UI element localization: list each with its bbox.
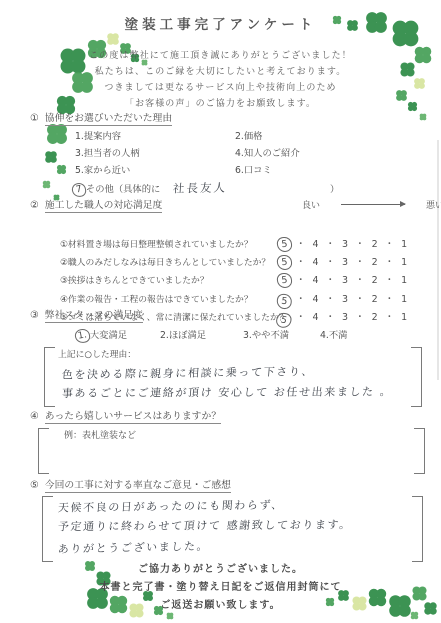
section-staff-satisfaction: ③弊社スタッフの満足度 1.大変満足 2.ほぼ満足 3.やや不満 4.不満 上記… [30,307,433,407]
section-number: ② [30,200,39,211]
section-number: ⑤ [30,480,39,491]
footer-line: 本書と完了書・塗り替え日記をご返信用封筒にて [0,579,441,597]
section-heading: ⑤今回の工事に対する率直なご意見・ご感想 [30,477,433,491]
comments-answer-box: 天候不良の日があったのにも関わらず、 予定通りに終わらせて頂けて 感謝致しており… [42,496,423,562]
intro-line: この度は弊社にて施工頂き誠にありがとうございました！ [0,48,441,64]
section-number: ③ [30,310,39,321]
question-label: ①材料置き場は毎日整理整頓されていましたか？ [60,237,304,250]
clover-icon [106,32,120,46]
rating-scale-legend: 良い 悪い [302,198,441,211]
section-heading: ③弊社スタッフの満足度 [30,307,433,321]
question-label: ④作業の報告・工程の報告はできていましたか？ [60,292,304,305]
section-heading-text: 協伸をお選びいただいた理由 [45,113,172,126]
rating-row: ④作業の報告・工程の報告はできていましたか？ 5・4・3・2・1 [60,287,433,305]
rating-row: ①材料置き場は毎日整理整頓されていましたか？ 5・4・3・2・1 [60,232,433,250]
page-title: 塗装工事完了アンケート [0,13,441,33]
option-number: 4. [320,330,329,341]
footer-note: ご協力ありがとうございました。 本書と完了書・塗り替え日記をご返信用封筒にて ご… [0,561,441,615]
section-worker-satisfaction: ②施工した職人の対応満足度 良い 悪い ①材料置き場は毎日整理整頓されていました… [30,197,433,323]
rating-scale-values: ・4・3・2・1 [296,294,414,305]
section-overall-comments: ⑤今回の工事に対する率直なご意見・ご感想 天候不良の日があったのにも関わらず、 … [30,477,433,562]
section-number: ④ [30,411,39,422]
option-number: 2. [160,330,169,341]
section-heading-text: 施工した職人の対応満足度 [45,200,163,213]
reason-option: 6.口コミ [235,164,433,177]
satisfaction-option-selected: 1.大変満足 [75,327,127,343]
section-heading: ①協伸をお選びいただいた理由 [30,110,433,124]
rating-scale: 5・4・3・2・1 [277,232,414,252]
reason-answer-box: 上記に○した理由： 色を決める際に親身に相談に乗って下さり、 事あるごとにご連絡… [44,347,422,407]
rating-scale: 5・4・3・2・1 [277,268,414,288]
other-option-label: その他（具体的に [86,184,160,195]
satisfaction-options: 1.大変満足 2.ほぼ満足 3.やや不満 4.不満 [30,327,433,343]
option-text: 不満 [329,330,348,341]
option-text: ほぼ満足 [169,330,206,341]
question-label: ③挨拶はきちんとできていましたか？ [60,273,304,286]
satisfaction-option: 4.不満 [320,327,347,341]
handwritten-comment: 天候不良の日があったのにも関わらず、 予定通りに終わらせて頂けて 感謝致しており… [58,496,423,556]
scale-bad-label: 悪い [426,198,441,211]
footer-line: ご協力ありがとうございました。 [0,561,441,579]
reason-options: 1.提案内容 2.価格 3.担当者の人柄 4.知人のご紹介 5.家から近い 6.… [75,130,433,177]
option-text: やや不満 [252,330,289,341]
closing-paren: ） [330,181,339,195]
satisfaction-option: 2.ほぼ満足 [160,327,206,341]
reason-option: 4.知人のご紹介 [235,147,433,160]
handwritten-circle-mark: 7 [71,182,87,198]
reason-label: 上記に○した理由： [58,347,422,360]
handwritten-line: 事あるごとにご連絡が頂け 安心して お任せ出来ました 。 [61,382,423,404]
desired-services-answer-box: 例：表札塗装など [38,428,425,474]
handwritten-reason: 色を決める際に親身に相談に乗って下さり、 事あるごとにご連絡が頂け 安心して お… [62,363,422,403]
handwritten-circle-mark: 1. [74,328,91,344]
intro-line: つきましては更なるサービス向上や技術向上のため [0,80,441,96]
good-to-bad-arrow-icon [341,204,405,205]
reason-option: 5.家から近い [75,164,235,177]
rating-scale-values: ・4・3・2・1 [296,275,414,286]
scale-good-label: 良い [302,198,320,211]
rating-scale: 5・4・3・2・1 [277,287,414,307]
rating-row: ②職人のみだしなみは毎日きちんとしていましたか？ 5・4・3・2・1 [60,250,433,268]
footer-line: ご返送お願い致します。 [0,597,441,615]
section-heading-text: あったら嬉しいサービスはありますか？ [45,411,221,424]
scan-edge-artifact [437,140,439,380]
option-text: 大変満足 [90,330,127,341]
rating-scale-values: ・4・3・2・1 [296,257,414,268]
section-heading-text: 弊社スタッフの満足度 [45,310,143,323]
satisfaction-option: 3.やや不満 [243,327,289,341]
handwritten-other-answer: 社長友人 [173,180,228,197]
rating-row: ③挨拶はきちんとできていましたか？ 5・4・3・2・1 [60,268,433,286]
option-number: 3. [243,330,252,341]
section-heading-text: 今回の工事に対する率直なご意見・ご感想 [45,480,231,493]
section-desired-services: ④あったら嬉しいサービスはありますか？ 例：表札塗装など [30,408,433,474]
section-heading: ④あったら嬉しいサービスはありますか？ [30,408,433,422]
section-number: ① [30,113,39,124]
rating-scale: 5・4・3・2・1 [277,250,414,270]
example-hint: 例：表札塗装など [64,428,425,441]
survey-sheet: 塗装工事完了アンケート この度は弊社にて施工頂き誠にありがとうございました！ 私… [0,0,441,623]
reason-option: 1.提案内容 [75,130,235,143]
intro-paragraph: この度は弊社にて施工頂き誠にありがとうございました！ 私たちは、このご縁を大切に… [0,48,441,112]
reason-option: 3.担当者の人柄 [75,147,235,160]
question-label: ②職人のみだしなみは毎日きちんとしていましたか？ [60,255,304,268]
reason-option: 2.価格 [235,130,433,143]
intro-line: 私たちは、このご縁を大切にしたいと考えております。 [0,64,441,80]
section-reason-for-choosing: ①協伸をお選びいただいた理由 1.提案内容 2.価格 3.担当者の人柄 4.知人… [30,110,433,200]
rating-scale-values: ・4・3・2・1 [296,239,414,250]
